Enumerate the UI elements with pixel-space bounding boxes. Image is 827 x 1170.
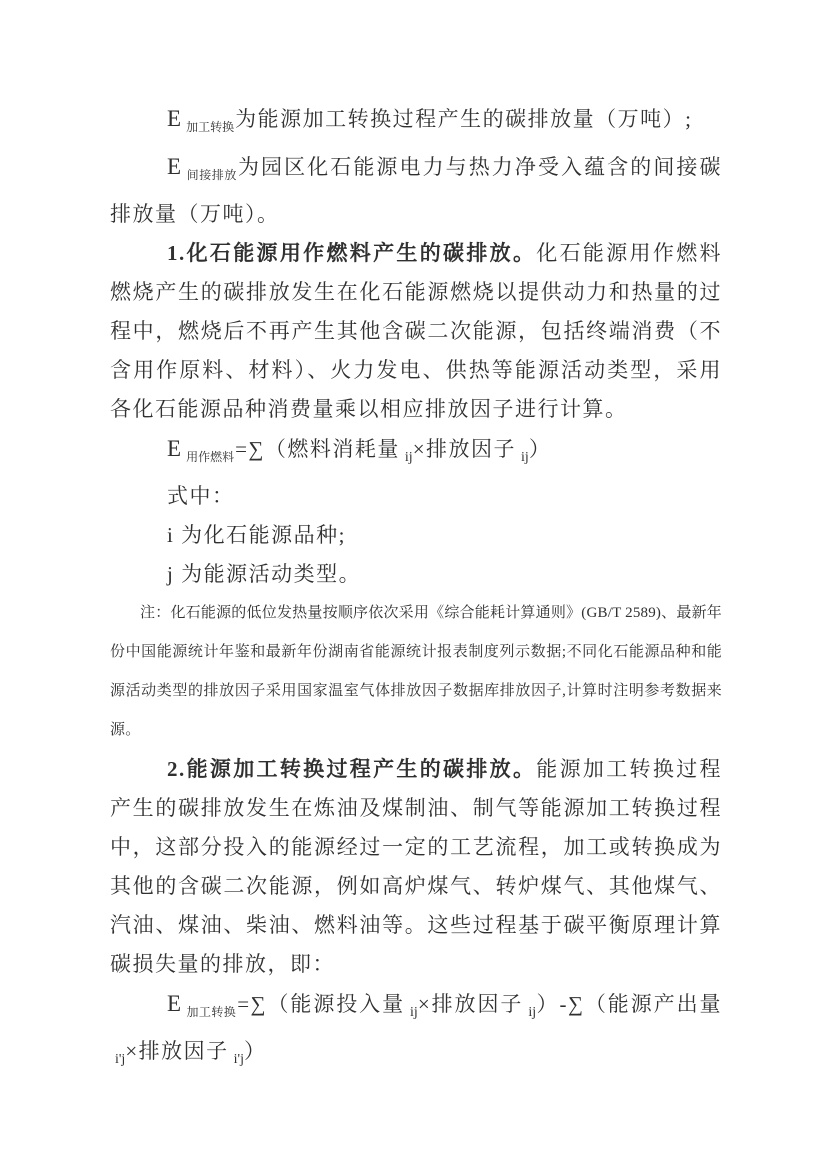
where-i-text: i 为化石能源品种; (167, 523, 346, 547)
definition-text: 为园区化石能源电力与热力净受入蕴含的间接碳排放量（万吨）。 (110, 155, 722, 226)
formula-subscript-ij: ij (521, 450, 529, 465)
formula-symbol-subscript: 用作燃料 (186, 450, 234, 464)
section1-paragraph: 1.化石能源用作燃料产生的碳排放。化石能源用作燃料燃烧产生的碳排放发生在化石能源… (110, 234, 722, 429)
formula-symbol: E (167, 991, 181, 1016)
where-clause-i: i 为化石能源品种; (110, 516, 722, 555)
formula-part: =∑（能源投入量 (237, 992, 405, 1016)
formula-part: ） (244, 1039, 267, 1063)
note-text: 化石能源的低位发热量按顺序依次采用《综合能耗计算通则》(GB/T 2589)、最… (110, 605, 722, 738)
definition-e-indirect: E间接排放为园区化石能源电力与热力净受入蕴含的间接碳排放量（万吨）。 (110, 147, 722, 234)
section2-paragraph: 2.能源加工转换过程产生的碳排放。能源加工转换过程产生的碳排放发生在炼油及煤制油… (110, 750, 722, 984)
section2-heading: 2.能源加工转换过程产生的碳排放。 (167, 757, 536, 781)
e-symbol: E (167, 154, 181, 179)
formula-subscript-ij: ij (405, 450, 413, 465)
formula-part: ×排放因子 (418, 992, 524, 1016)
where-clause-j: j 为能源活动类型。 (110, 555, 722, 594)
definition-e-processing: E加工转换为能源加工转换过程产生的碳排放量（万吨）; (110, 99, 722, 147)
e-subscript-processing: 加工转换 (186, 120, 234, 134)
formula-part: =∑（燃料消耗量 (235, 437, 400, 461)
formula-part: ×排放因子 (125, 1039, 228, 1063)
note-label: 注： (140, 605, 170, 621)
e-subscript-indirect: 间接排放 (186, 168, 237, 182)
note-paragraph: 注：化石能源的低位发热量按顺序依次采用《综合能耗计算通则》(GB/T 2589)… (110, 594, 722, 750)
where-label-text: 式中： (167, 484, 235, 508)
formula-subscript-ij: ij (528, 1005, 536, 1020)
where-j-text: j 为能源活动类型。 (167, 562, 361, 586)
formula-part: ×排放因子 (413, 437, 516, 461)
formula-subscript-i-prime-j: i'j (115, 1052, 125, 1067)
formula-fuel-emission: E用作燃料=∑（燃料消耗量ij×排放因子ij） (110, 429, 722, 477)
section1-body: 化石能源用作燃料燃烧产生的碳排放发生在化石能源燃烧以提供动力和热量的过程中，燃烧… (110, 241, 722, 421)
formula-processing-emission: E加工转换=∑（能源投入量ij×排放因子ij）-∑（能源产出量i'j×排放因子i… (110, 984, 722, 1079)
definition-text: 为能源加工转换过程产生的碳排放量（万吨）; (235, 107, 692, 131)
formula-symbol-subscript: 加工转换 (186, 1005, 236, 1019)
formula-part: ）-∑（能源产出量 (536, 992, 722, 1016)
section2-body: 能源加工转换过程产生的碳排放发生在炼油及煤制油、制气等能源加工转换过程中，这部分… (110, 757, 722, 976)
section1-heading: 1.化石能源用作燃料产生的碳排放。 (167, 241, 536, 265)
document-page: E加工转换为能源加工转换过程产生的碳排放量（万吨）; E间接排放为园区化石能源电… (110, 99, 722, 1079)
formula-part: ） (529, 437, 552, 461)
e-symbol: E (167, 106, 181, 131)
where-clause-label: 式中： (110, 477, 722, 516)
formula-symbol: E (167, 436, 181, 461)
formula-subscript-ij: ij (410, 1005, 418, 1020)
formula-subscript-i-prime-j: i'j (234, 1052, 244, 1067)
